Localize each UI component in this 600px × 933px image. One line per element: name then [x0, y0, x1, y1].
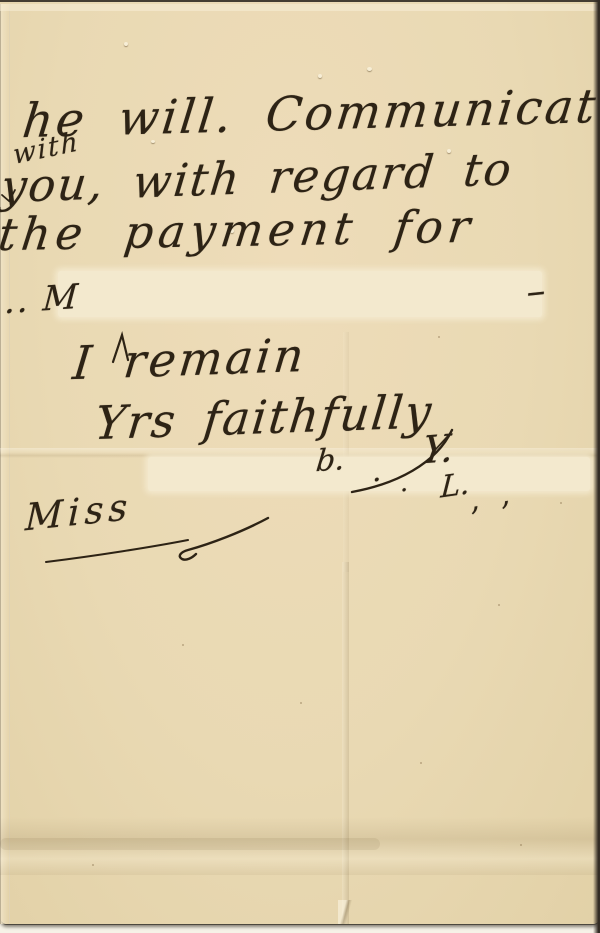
letter-line-5-dash: –: [524, 268, 547, 314]
paper-fleck: [520, 844, 522, 846]
letter-line-9-miss: Miss: [24, 485, 133, 540]
paper-left-edge-line: [0, 4, 1, 924]
paper-top-edge-highlight: [0, 4, 600, 11]
letter-line-1: he will. Communicate: [20, 78, 600, 149]
paper-fleck: [438, 336, 440, 338]
paper-fleck: [498, 604, 500, 606]
letter-line-6-closing: I remain: [70, 328, 309, 390]
miss-underline-stroke: [46, 540, 188, 562]
signature-fragment-6: , ,: [466, 476, 518, 519]
bottom-edge-tear: [338, 900, 352, 924]
letter-line-7-valediction: Yrs faithfully: [92, 384, 435, 450]
signature-fragment-4: ·: [400, 476, 408, 506]
cross-flourish-stroke: [180, 518, 268, 560]
letter-line-5-initial: .. M: [3, 277, 81, 323]
scan-top-edge: [0, 0, 600, 2]
letter-line-4: the payment for: [0, 200, 478, 261]
paper-fleck: [560, 502, 562, 504]
paper-fleck: [182, 644, 184, 646]
paper-left-edge-highlight: [0, 4, 10, 924]
signature-fragment-1: b.: [314, 442, 346, 479]
paper-fleck: [420, 762, 422, 764]
pinhole: [318, 74, 322, 78]
scan-right-edge: [593, 0, 600, 933]
pinhole: [367, 67, 372, 71]
redaction-patch-signature: [148, 457, 590, 491]
paper-fleck: [300, 702, 302, 704]
bottom-fold-shadow: [0, 838, 380, 850]
pinhole: [124, 42, 128, 46]
letter-paper: he will. Communicate with you, with rega…: [0, 2, 600, 924]
redaction-patch-recipient-name: [58, 271, 542, 317]
signature-fragment-2: .: [372, 454, 382, 489]
paper-fleck: [92, 864, 94, 866]
